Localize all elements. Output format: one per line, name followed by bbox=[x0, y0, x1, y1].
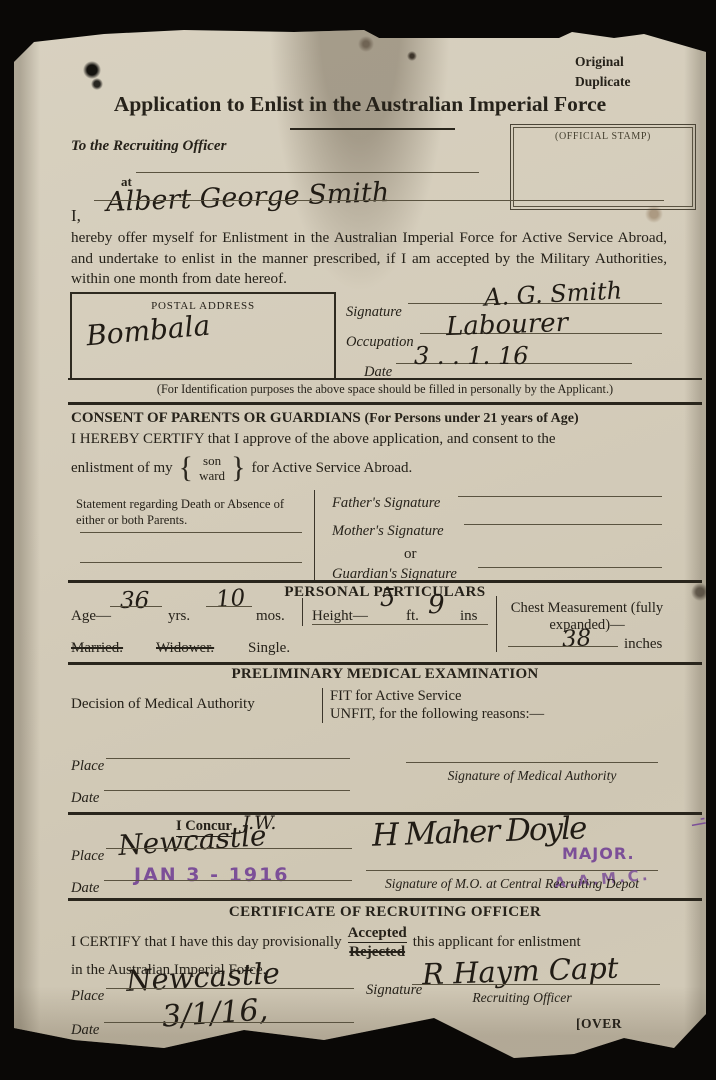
concur-date-line bbox=[104, 880, 352, 881]
months-line bbox=[206, 606, 252, 607]
consent-heading-row: CONSENT OF PARENTS OR GUARDIANS (For Per… bbox=[71, 410, 671, 427]
identification-footnote: (For Identification purposes the above s… bbox=[68, 382, 702, 397]
chest-value-handwriting: 38 bbox=[561, 625, 592, 652]
ro-place-label: Place bbox=[71, 988, 104, 1005]
medical-place-line bbox=[106, 758, 350, 759]
age-label: Age— bbox=[71, 608, 111, 625]
married-option: Married. bbox=[71, 640, 123, 657]
medical-date-label: Date bbox=[71, 790, 99, 807]
chest-label-line1: Chest Measurement (fully bbox=[504, 600, 670, 617]
or-label: or bbox=[404, 546, 417, 563]
ro-date-line bbox=[104, 1022, 354, 1023]
rule-medical bbox=[68, 662, 702, 665]
guardian-signature-line bbox=[478, 567, 662, 568]
chest-line bbox=[508, 646, 618, 647]
postal-address-box: Postal Address Bombala bbox=[70, 292, 336, 380]
date-handwriting: 3 . . 1. 16 bbox=[414, 342, 528, 370]
original-label: Original bbox=[575, 52, 631, 72]
certificate-heading: CERTIFICATE OF RECRUITING OFFICER bbox=[68, 904, 702, 921]
medical-signature-line bbox=[406, 762, 658, 763]
at-line bbox=[136, 172, 479, 173]
rule-below-footnote bbox=[68, 402, 702, 405]
rule-above-footnote bbox=[68, 378, 702, 380]
mos-label: mos. bbox=[256, 608, 285, 625]
inches-label: inches bbox=[624, 636, 662, 653]
fit-unfit-stack: FIT for Active Service UNFIT, for the fo… bbox=[322, 688, 544, 723]
form-title: Application to Enlist in the Australian … bbox=[54, 92, 666, 117]
ro-date-handwriting: 3/1/16, bbox=[161, 992, 269, 1034]
height-in-handwriting: 9 bbox=[428, 590, 445, 620]
scanned-document-page: { "header": { "original": "Original", "d… bbox=[0, 0, 716, 1080]
age-line bbox=[110, 606, 162, 607]
son-option: son bbox=[199, 453, 225, 468]
concur-place-line bbox=[106, 848, 352, 849]
signature-handwriting: A. G. Smith bbox=[483, 276, 622, 311]
consent-heading: CONSENT OF PARENTS OR GUARDIANS bbox=[71, 410, 361, 426]
brace-open: { bbox=[179, 453, 193, 483]
addressee-line: To the Recruiting Officer bbox=[71, 138, 226, 155]
accepted-option: Accepted bbox=[348, 924, 407, 943]
duplicate-label: Duplicate bbox=[575, 72, 631, 92]
mother-signature-line bbox=[464, 524, 662, 525]
widower-option: Widower. bbox=[156, 640, 214, 657]
consent-certify-line2: enlistment of my { son ward } for Active… bbox=[71, 450, 412, 486]
rejected-option: Rejected bbox=[348, 943, 407, 961]
over-label: [OVER bbox=[576, 1016, 622, 1032]
particulars-divider-2 bbox=[496, 596, 497, 652]
name-line bbox=[94, 200, 664, 201]
particulars-divider-1 bbox=[302, 598, 303, 626]
unfit-option: UNFIT, for the following reasons:— bbox=[330, 706, 544, 724]
height-label: Height— bbox=[312, 608, 368, 625]
concur-date-label: Date bbox=[71, 880, 99, 897]
medical-date-line bbox=[104, 790, 350, 791]
medical-heading: PRELIMINARY MEDICAL EXAMINATION bbox=[68, 666, 702, 683]
consent-line2-post: for Active Service Abroad. bbox=[251, 460, 412, 477]
mother-signature-label: Mother's Signature bbox=[332, 523, 444, 540]
ro-date-label: Date bbox=[71, 1022, 99, 1039]
ro-signature-line bbox=[412, 984, 660, 985]
signature-label: Signature bbox=[346, 304, 402, 321]
statement-note: Statement regarding Death or Absence of … bbox=[76, 496, 308, 528]
medical-place-label: Place bbox=[71, 758, 104, 775]
height-ft-handwriting: 5 bbox=[380, 584, 395, 612]
ro-place-handwriting: Newcastle bbox=[125, 956, 280, 998]
ins-label: ins bbox=[460, 608, 478, 625]
months-value-handwriting: 10 bbox=[215, 585, 246, 613]
concur-place-label: Place bbox=[71, 848, 104, 865]
mo-signature-caption: Signature of M.O. at Central Recruiting … bbox=[362, 876, 662, 892]
father-signature-line bbox=[458, 496, 662, 497]
occupation-handwriting: Labourer bbox=[446, 308, 569, 342]
date-received-stamp: JAN 3 - 1916 bbox=[134, 864, 290, 886]
official-stamp-label: (Official Stamp) bbox=[511, 131, 695, 142]
brace-close: } bbox=[231, 453, 245, 483]
form-paper: Original Duplicate Application to Enlist… bbox=[14, 18, 706, 1066]
copy-labels: Original Duplicate bbox=[575, 52, 631, 92]
certificate-line1-pre: I CERTIFY that I have this day provision… bbox=[71, 934, 342, 951]
consent-line2-pre: enlistment of my bbox=[71, 460, 173, 477]
postal-address-handwriting: Bombala bbox=[85, 309, 212, 353]
ward-option: ward bbox=[199, 468, 225, 483]
single-option: Single. bbox=[248, 640, 290, 657]
fit-option: FIT for Active Service bbox=[330, 688, 544, 706]
official-stamp-box: (Official Stamp) bbox=[510, 124, 696, 210]
father-signature-label: Father's Signature bbox=[332, 495, 440, 512]
concur-place-handwriting: Newcastle bbox=[117, 819, 268, 862]
i-label: I, bbox=[71, 206, 81, 226]
rule-personal-particulars bbox=[68, 580, 702, 583]
applicant-name-handwriting: Albert George Smith bbox=[106, 177, 390, 218]
ro-signature-handwriting: R Haym Capt bbox=[421, 951, 619, 992]
rule-certificate bbox=[68, 898, 702, 901]
title-underline bbox=[290, 128, 455, 130]
consent-heading-note: (For Persons under 21 years of Age) bbox=[365, 411, 579, 426]
stray-stamp-mark: '| bbox=[690, 816, 707, 828]
statement-box-divider bbox=[314, 490, 315, 580]
son-ward-stack: son ward bbox=[199, 453, 225, 483]
consent-certify-line1: I HEREBY CERTIFY that I approve of the a… bbox=[71, 431, 667, 448]
ft-label: ft. bbox=[406, 608, 419, 625]
mo-signature-handwriting: H Maher Doyle bbox=[371, 810, 586, 853]
rule-concur bbox=[68, 812, 702, 815]
yrs-label: yrs. bbox=[168, 608, 190, 625]
accepted-rejected-stack: Accepted Rejected bbox=[348, 924, 407, 961]
decision-label: Decision of Medical Authority bbox=[71, 696, 255, 713]
statement-blank-line-2 bbox=[80, 562, 302, 563]
certificate-line1-post: this applicant for enlistment bbox=[413, 934, 581, 951]
ro-place-line bbox=[106, 988, 354, 989]
age-value-handwriting: 36 bbox=[120, 588, 149, 614]
occupation-label: Occupation bbox=[346, 334, 414, 351]
statement-blank-line-1 bbox=[80, 532, 302, 533]
recruiting-officer-caption: Recruiting Officer bbox=[412, 990, 632, 1006]
major-rank-stamp: MAJOR. bbox=[562, 844, 635, 863]
height-line bbox=[312, 624, 488, 625]
medical-signature-caption: Signature of Medical Authority bbox=[406, 768, 658, 784]
